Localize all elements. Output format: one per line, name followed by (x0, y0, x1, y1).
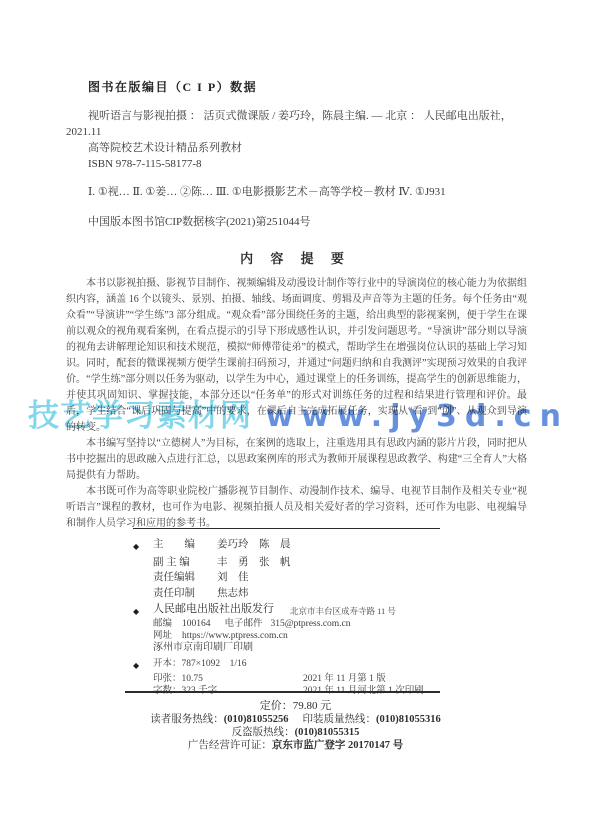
publisher-row: ◆ 人民邮电出版社出版发行 北京市丰台区成寿寺路 11 号 (133, 603, 440, 618)
website-url: https://www.ptpress.com.cn (182, 630, 288, 642)
sheets-row: 印张： 10.75 2021 年 11 月第 1 版 (133, 673, 440, 686)
responsible-editor-name: 刘 佳 (217, 570, 249, 586)
email-label: 电子邮件 (225, 618, 263, 630)
responsible-editor-label: 责任编辑 (153, 570, 217, 586)
reader-hotline-label: 读者服务热线： (150, 714, 224, 725)
print-supervisor-row: 责任印制 焦志炜 (133, 586, 440, 602)
quality-hotline-label: 印装质量热线： (303, 714, 377, 725)
ad-license-label: 广告经营许可证： (188, 740, 272, 751)
copyright-page: 图书在版编目（C I P）数据 视听语言与影视拍摄 ： 活页式微课版 / 姜巧玲… (0, 0, 591, 829)
horizontal-rule (125, 691, 440, 693)
summary-paragraph-3: 本书既可作为高等职业院校广播影视节目制作、动漫制作技术、编导、电视节目制作及相关… (66, 484, 527, 532)
printer-name: 涿州市京南印刷厂印刷 (153, 642, 253, 653)
cip-record-number: 中国版本图书馆CIP数据核字(2021)第251044号 (88, 214, 535, 230)
cip-heading: 图书在版编目（C I P）数据 (88, 0, 591, 95)
cip-block: 视听语言与影视拍摄 ： 活页式微课版 / 姜巧玲，陈晨主编. — 北京 ： 人民… (66, 108, 535, 230)
editor-names: 姜巧玲 陈 晨 (217, 537, 291, 555)
publisher-name: 人民邮电出版社出版发行 (153, 603, 274, 618)
summary-heading: 内 容 提 要 (0, 248, 591, 267)
bullet-spacer (133, 555, 153, 571)
antipiracy-hotline-label: 反盗版热线： (232, 727, 295, 738)
publisher-address: 北京市丰台区成寿寺路 11 号 (290, 603, 396, 618)
bullet-spacer (133, 586, 153, 602)
postcode-value: 100164 (182, 618, 211, 630)
cip-main-entry: 视听语言与影视拍摄 ： 活页式微课版 / 姜巧玲，陈晨主编. — 北京 ： 人民… (66, 108, 535, 140)
email-value: 315@ptpress.com.cn (271, 618, 351, 630)
print-supervisor-name: 焦志炜 (217, 586, 249, 602)
edition-date: 2021 年 11 月第 1 版 (303, 673, 386, 686)
postal-row: 邮编 100164 电子邮件 315@ptpress.com.cn (133, 618, 440, 630)
website-row: 网址 https://www.ptpress.com.cn (133, 630, 440, 642)
diamond-bullet-icon: ◆ (133, 658, 153, 673)
diamond-bullet-icon: ◆ (133, 603, 153, 618)
format-row: ◆ 开本： 787×1092 1/16 (133, 658, 440, 673)
sheets-spec: 印张： 10.75 (153, 673, 303, 686)
service-hotline-row: 读者服务热线：(010)81055256印装质量热线：(010)81055316 (0, 713, 591, 726)
print-supervisor-label: 责任印制 (153, 586, 217, 602)
editor-row: ◆ 主 编 姜巧玲 陈 晨 (133, 537, 440, 555)
colophon-block: ◆ 主 编 姜巧玲 陈 晨 副 主 编 丰 勇 张 帆 责任编辑 刘 佳 责任印… (133, 528, 440, 698)
deputy-editor-label: 副 主 编 (153, 555, 217, 571)
format-value: 787×1092 1/16 (182, 658, 247, 673)
sheets-label: 印张： (153, 673, 182, 686)
quality-hotline-number: (010)81055316 (376, 714, 441, 725)
reader-hotline-number: (010)81055256 (224, 714, 289, 725)
summary-paragraph-2: 本书编写坚持以“立德树人”为目标，在案例的选取上，注重选用具有思政内涵的影片片段… (66, 436, 527, 484)
website-label: 网址 (153, 630, 172, 642)
cip-classification: Ⅰ. ①视… Ⅱ. ①姜… ②陈… Ⅲ. ①电影摄影艺术－高等学校－教材 Ⅳ. … (66, 184, 535, 200)
deputy-editor-row: 副 主 编 丰 勇 张 帆 (133, 555, 440, 571)
price-line: 定价：79.80 元 (0, 697, 591, 713)
postcode-label: 邮编 (153, 618, 172, 630)
printer-row: 涿州市京南印刷厂印刷 (133, 642, 440, 654)
deputy-editor-names: 丰 勇 张 帆 (217, 555, 291, 571)
antipiracy-hotline-number: (010)81055315 (295, 727, 360, 738)
hotlines-block: 读者服务热线：(010)81055256印装质量热线：(010)81055316… (0, 713, 591, 752)
editor-label: 主 编 (153, 537, 217, 555)
responsible-editor-row: 责任编辑 刘 佳 (133, 570, 440, 586)
cip-series-title: 高等院校艺术设计精品系列教材 (88, 140, 535, 156)
diamond-bullet-icon: ◆ (133, 537, 153, 555)
cip-isbn: ISBN 978-7-115-58177-8 (88, 156, 535, 172)
format-spec: 开本： 787×1092 1/16 (153, 658, 303, 673)
ad-license-number: 京东市监广登字 20170147 号 (272, 740, 403, 751)
antipiracy-hotline-row: 反盗版热线：(010)81055315 (0, 726, 591, 739)
summary-block: 本书以影视拍摄、影视节目制作、视频编辑及动漫设计制作等行业中的导演岗位的核心能力… (66, 276, 527, 532)
ad-license-row: 广告经营许可证：京东市监广登字 20170147 号 (0, 739, 591, 752)
sheets-value: 10.75 (182, 673, 203, 686)
format-label: 开本： (153, 658, 182, 673)
bullet-spacer (133, 570, 153, 586)
summary-paragraph-1: 本书以影视拍摄、影视节目制作、视频编辑及动漫设计制作等行业中的导演岗位的核心能力… (66, 276, 527, 436)
bullet-spacer (133, 673, 153, 686)
